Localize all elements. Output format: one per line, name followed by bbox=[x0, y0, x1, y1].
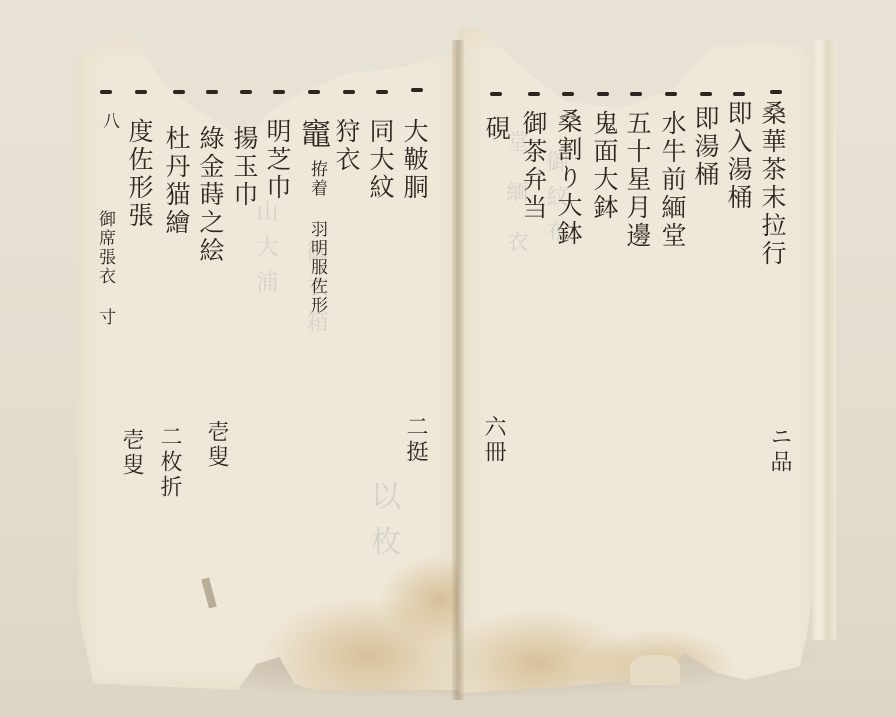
entry-text: 綠金蒔之絵 bbox=[198, 125, 223, 265]
item-marker bbox=[528, 92, 540, 96]
item-marker bbox=[135, 90, 147, 94]
entry-text: 鬼面大鉢 bbox=[592, 110, 617, 222]
entry-text: 即湯桶 bbox=[693, 105, 718, 189]
item-marker bbox=[206, 90, 218, 94]
item-marker bbox=[273, 90, 285, 94]
entry-text: 硯 bbox=[484, 115, 509, 143]
entry-annotation: 壱叟 bbox=[205, 420, 227, 470]
entry-annotation: 二枚折 bbox=[158, 425, 180, 500]
item-marker bbox=[240, 90, 252, 94]
entry-annotation: 壱叟 bbox=[120, 428, 142, 478]
item-marker bbox=[597, 92, 609, 96]
entry-text: 同大紋 bbox=[368, 118, 393, 202]
entry-text: 桑割り大鉢 bbox=[556, 108, 581, 248]
item-marker bbox=[490, 92, 502, 96]
entry-text: 竈 bbox=[297, 118, 327, 151]
item-marker bbox=[700, 92, 712, 96]
bleed-through-text: 山 大 浦 bbox=[250, 200, 281, 295]
entry-text: 杜丹猫繪 bbox=[164, 125, 189, 237]
entry-text: 五十星月邊 bbox=[625, 110, 650, 250]
entry-text: 揚玉巾 bbox=[232, 125, 257, 209]
paper-damage bbox=[630, 655, 680, 685]
item-marker bbox=[308, 90, 320, 94]
entry-text: 度佐形張 bbox=[127, 118, 152, 230]
item-marker bbox=[343, 90, 355, 94]
page-stack-edge bbox=[812, 40, 836, 640]
entry-subtext: 拵着 羽明服佐形 bbox=[308, 160, 325, 390]
entry-annotation: ニ品 bbox=[768, 425, 790, 475]
entry-text: 狩衣 bbox=[334, 118, 359, 174]
entry-subtext: 御席張衣 寸 bbox=[96, 210, 113, 360]
entry-text: 大鞁胴 bbox=[402, 118, 427, 202]
entry-text: 水牛前緬堂 bbox=[660, 110, 685, 250]
entry-text: 御茶弁当 bbox=[521, 110, 546, 222]
bleed-through-text: 以 枚 bbox=[360, 480, 404, 559]
entry-annotation: 六冊 bbox=[482, 415, 504, 465]
item-marker bbox=[100, 90, 112, 94]
entry-text: 即入湯桶 bbox=[726, 100, 751, 212]
item-marker bbox=[173, 90, 185, 94]
entry-text: 八 bbox=[100, 112, 117, 131]
item-marker bbox=[411, 88, 423, 92]
item-marker bbox=[770, 90, 782, 94]
item-marker bbox=[562, 92, 574, 96]
item-marker bbox=[376, 90, 388, 94]
item-marker bbox=[665, 92, 677, 96]
entry-text: 桑華茶末拉行 bbox=[760, 100, 785, 268]
item-marker bbox=[630, 92, 642, 96]
item-marker bbox=[733, 92, 745, 96]
entry-annotation: 二挺 bbox=[404, 415, 426, 465]
book-gutter bbox=[452, 40, 464, 700]
entry-text: 明芝巾 bbox=[265, 118, 290, 202]
